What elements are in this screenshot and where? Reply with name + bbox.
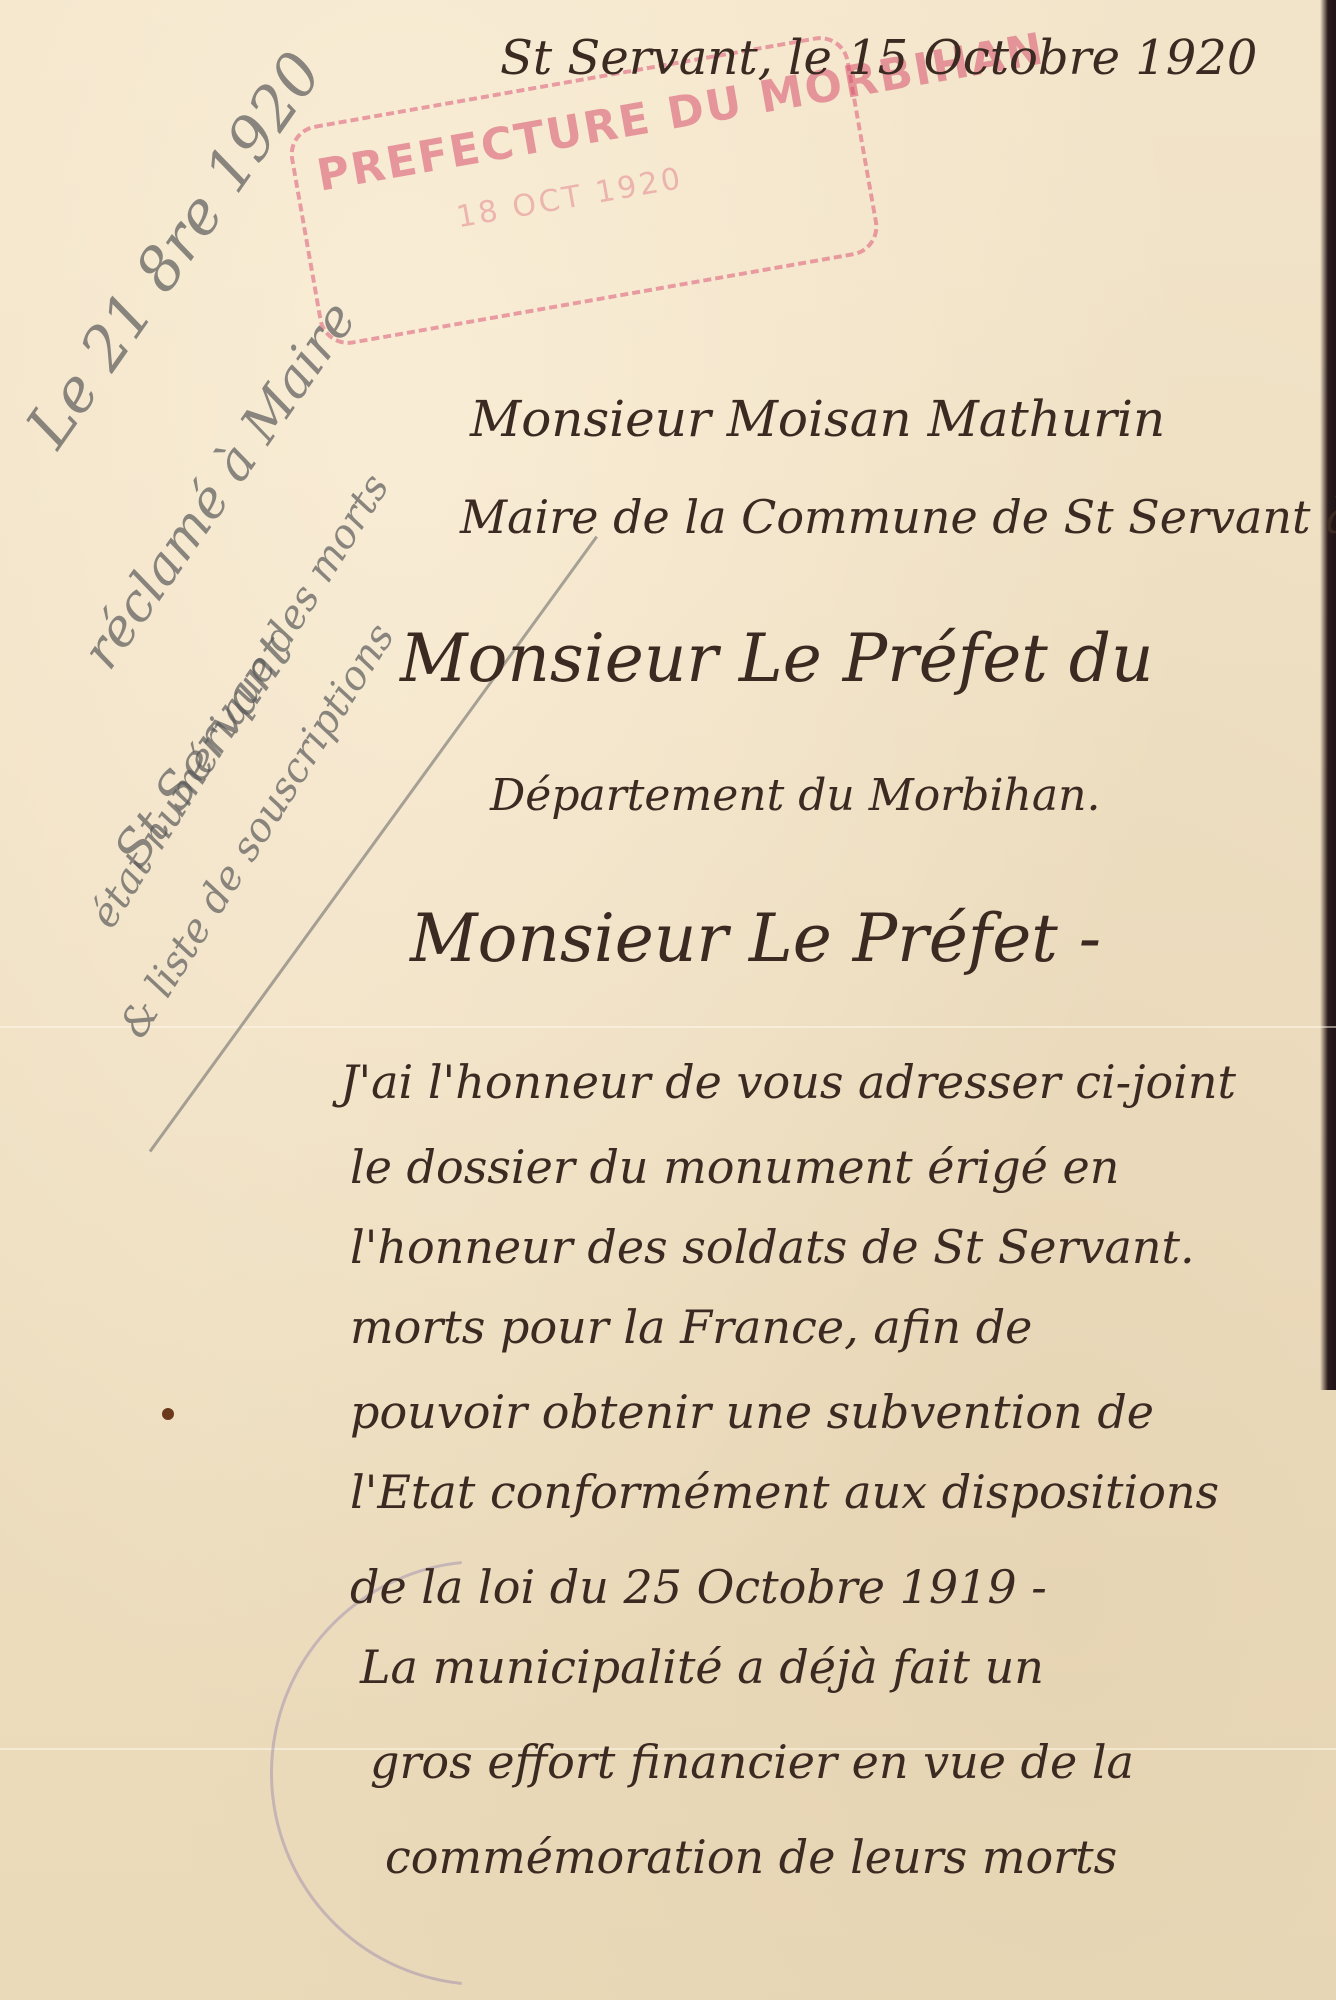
body-line: La municipalité a déjà fait un — [360, 1640, 1044, 1694]
body-line: morts pour la France, afin de — [350, 1300, 1032, 1354]
paper-background — [0, 0, 1336, 2000]
ink-blot — [162, 1408, 174, 1420]
sender-title: Maire de la Commune de St Servant à — [460, 490, 1336, 544]
body-line: pouvoir obtenir une subvention de — [350, 1385, 1154, 1439]
sender-name: Monsieur Moisan Mathurin — [470, 390, 1165, 448]
body-line: l'honneur des soldats de St Servant. — [350, 1220, 1195, 1274]
body-line: commémoration de leurs morts — [385, 1830, 1117, 1884]
paper-fold-line — [0, 1026, 1336, 1028]
body-line: gros effort financier en vue de la — [370, 1735, 1134, 1789]
place-date-line: St Servant, le 15 Octobre 1920 — [500, 30, 1257, 86]
body-line: J'ai l'honneur de vous adresser ci-joint — [340, 1055, 1236, 1109]
body-line: le dossier du monument érigé en — [350, 1140, 1119, 1194]
scan-edge-border — [1320, 0, 1336, 1390]
salutation: Monsieur Le Préfet - — [410, 900, 1101, 977]
body-line: l'Etat conformément aux dispositions — [350, 1465, 1219, 1519]
recipient-department: Département du Morbihan. — [490, 770, 1100, 821]
body-line: de la loi du 25 Octobre 1919 - — [350, 1560, 1047, 1614]
recipient-name: Monsieur Le Préfet du — [400, 620, 1154, 697]
